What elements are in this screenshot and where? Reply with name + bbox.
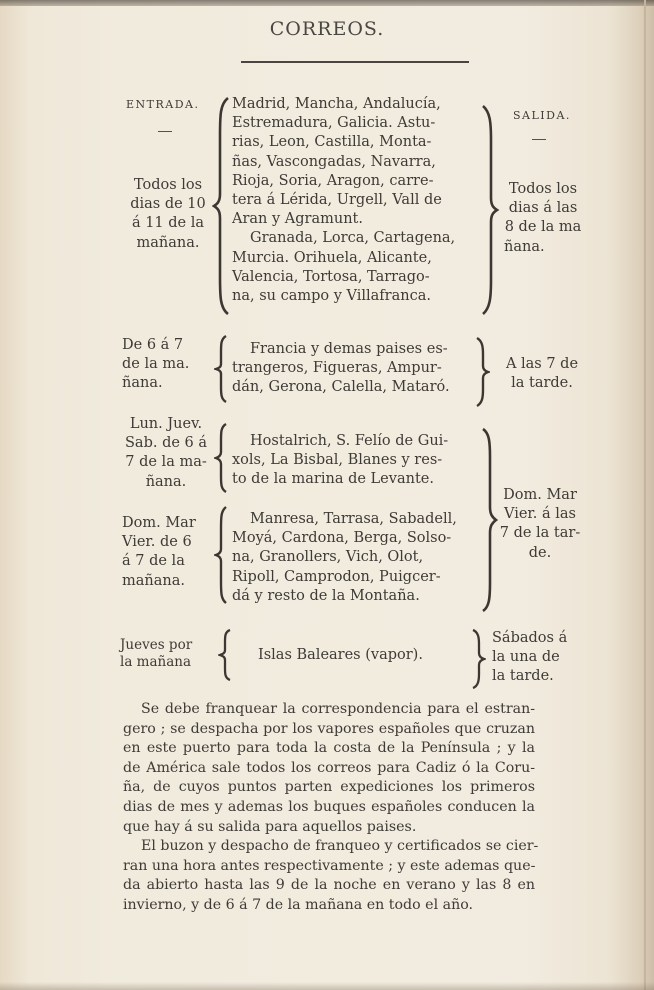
header-salida: SALIDA. <box>513 109 571 122</box>
text-line: ñana. <box>118 473 214 492</box>
text-line: Rioja, Soria, Aragon, carre- <box>232 172 480 191</box>
text-line: 7 de la ma- <box>118 453 214 472</box>
text-line: Manresa, Tarrasa, Sabadell, <box>232 510 472 529</box>
text-line: ñana. <box>122 374 214 393</box>
left-brace-icon <box>214 505 230 605</box>
text-line: á 11 de la <box>122 214 214 233</box>
header-salida-dash <box>532 139 546 140</box>
text-line: dias á las <box>498 199 588 218</box>
note-buzon-horario: El buzon y despacho de franqueo y certif… <box>123 837 535 915</box>
text-line: na, Granollers, Vich, Olot, <box>232 548 472 567</box>
header-entrada-dash <box>158 131 172 132</box>
text-line: trangeros, Figueras, Ampur- <box>232 359 470 378</box>
text-line: la una de <box>492 648 582 667</box>
note-franqueo-extranjero: Se debe franquear la correspondencia par… <box>123 700 535 837</box>
row1-entrada: Todos los dias de 10 á 11 de la mañana. <box>122 176 214 253</box>
text-line: Hostalrich, S. Felío de Gui- <box>232 432 476 451</box>
row4-entrada: Dom. Mar Vier. de 6 á 7 de la mañana. <box>122 514 214 591</box>
page-title: CORREOS. <box>0 18 654 40</box>
text-line: Sábados á <box>492 629 582 648</box>
text-line: ñas, Vascongadas, Navarra, <box>232 153 480 172</box>
text-line: Estremadura, Galicia. Astu- <box>232 114 480 133</box>
text-line: Vier. á las <box>494 505 586 524</box>
text-line: A las 7 de <box>494 355 590 374</box>
row2-salida: A las 7 de la tarde. <box>494 355 590 393</box>
text-line: Aran y Agramunt. <box>232 210 480 229</box>
row5-destinos: Islas Baleares (vapor). <box>258 646 458 665</box>
left-brace-icon <box>214 422 230 494</box>
row2-entrada: De 6 á 7 de la ma. ñana. <box>122 336 214 394</box>
text-line: Madrid, Mancha, Andalucía, <box>232 95 480 114</box>
text-line: rias, Leon, Castilla, Monta- <box>232 133 480 152</box>
text-line: to de la marina de Levante. <box>232 470 476 489</box>
text-line: El buzon y despacho de franqueo y certif… <box>123 837 535 857</box>
text-line: dá y resto de la Montaña. <box>232 587 472 606</box>
text-line: Todos los <box>498 180 588 199</box>
page-bottom-edge <box>0 982 654 990</box>
text-line: Islas Baleares (vapor). <box>258 646 458 665</box>
page-fold-line <box>644 0 646 990</box>
row2-destinos: Francia y demas paises es- trangeros, Fi… <box>232 340 470 398</box>
text-line: Jueves por <box>120 637 210 654</box>
header-entrada: ENTRADA. <box>126 98 199 111</box>
text-line: Se debe franquear la correspondencia par… <box>123 700 535 720</box>
text-line: dias de mes y ademas los buques españole… <box>123 798 535 818</box>
text-line: invierno, y de 6 á 7 de la mañana en tod… <box>123 896 535 916</box>
text-line: mañana. <box>122 572 214 591</box>
left-brace-icon <box>214 334 230 404</box>
text-line: na, su campo y Villafranca. <box>232 287 480 306</box>
right-brace-icon <box>474 336 490 408</box>
text-line: Todos los <box>122 176 214 195</box>
row1-destinos: Madrid, Mancha, Andalucía, Estremadura, … <box>232 95 480 306</box>
text-line: da abierto hasta las 9 de la noche en ve… <box>123 876 535 896</box>
text-line: de. <box>494 544 586 563</box>
right-brace-icon <box>480 104 500 316</box>
text-line: Granada, Lorca, Cartagena, <box>232 229 480 248</box>
row3-salida: Dom. Mar Vier. á las 7 de la tar- de. <box>494 486 586 563</box>
text-line: á 7 de la <box>122 552 214 571</box>
row4-destinos: Manresa, Tarrasa, Sabadell, Moyá, Cardon… <box>232 510 472 606</box>
text-line: Dom. Mar <box>122 514 214 533</box>
row3-destinos: Hostalrich, S. Felío de Gui- xols, La Bi… <box>232 432 476 490</box>
text-line: dias de 10 <box>122 195 214 214</box>
text-line: xols, La Bisbal, Blanes y res- <box>232 451 476 470</box>
left-brace-icon <box>212 96 232 316</box>
text-line: ña, de cuyos puntos parten expediciones … <box>123 778 535 798</box>
text-line: la mañana <box>120 654 210 671</box>
text-line: en este puerto para toda la costa de la … <box>123 739 535 759</box>
text-line: mañana. <box>122 234 214 253</box>
text-line: 7 de la tar- <box>494 524 586 543</box>
text-line: ran una hora antes respectivamente ; y e… <box>123 857 535 877</box>
text-line: Dom. Mar <box>494 486 586 505</box>
text-line: la tarde. <box>492 667 582 686</box>
text-line: Valencia, Tortosa, Tarrago- <box>232 268 480 287</box>
left-brace-icon <box>218 628 234 682</box>
page-top-edge <box>0 0 654 6</box>
text-line: la tarde. <box>494 374 590 393</box>
text-line: de la ma. <box>122 355 214 374</box>
text-line: Lun. Juev. <box>118 415 214 434</box>
text-line: Sab. de 6 á <box>118 434 214 453</box>
row1-salida: Todos los dias á las 8 de la ma ñana. <box>498 180 588 257</box>
text-line: De 6 á 7 <box>122 336 214 355</box>
text-line: 8 de la ma <box>498 218 588 237</box>
text-line: que hay á su salida para aquellos paises… <box>123 818 535 838</box>
row3-entrada: Lun. Juev. Sab. de 6 á 7 de la ma- ñana. <box>118 415 214 492</box>
text-line: Vier. de 6 <box>122 533 214 552</box>
text-line: Francia y demas paises es- <box>232 340 470 359</box>
text-line: Murcia. Orihuela, Alicante, <box>232 249 480 268</box>
row5-entrada: Jueves por la mañana <box>120 637 210 671</box>
title-rule <box>241 61 469 63</box>
row5-salida: Sábados á la una de la tarde. <box>492 629 582 687</box>
text-line: dán, Gerona, Calella, Mataró. <box>232 378 470 397</box>
text-line: Moyá, Cardona, Berga, Solso- <box>232 529 472 548</box>
text-line: ñana. <box>498 238 588 257</box>
text-line: Ripoll, Camprodon, Puigcer- <box>232 568 472 587</box>
text-line: gero ; se despacha por los vapores españ… <box>123 720 535 740</box>
text-line: de América sale todos los correos para C… <box>123 759 535 779</box>
right-brace-icon <box>470 628 486 690</box>
text-line: tera á Lérida, Urgell, Vall de <box>232 191 480 210</box>
